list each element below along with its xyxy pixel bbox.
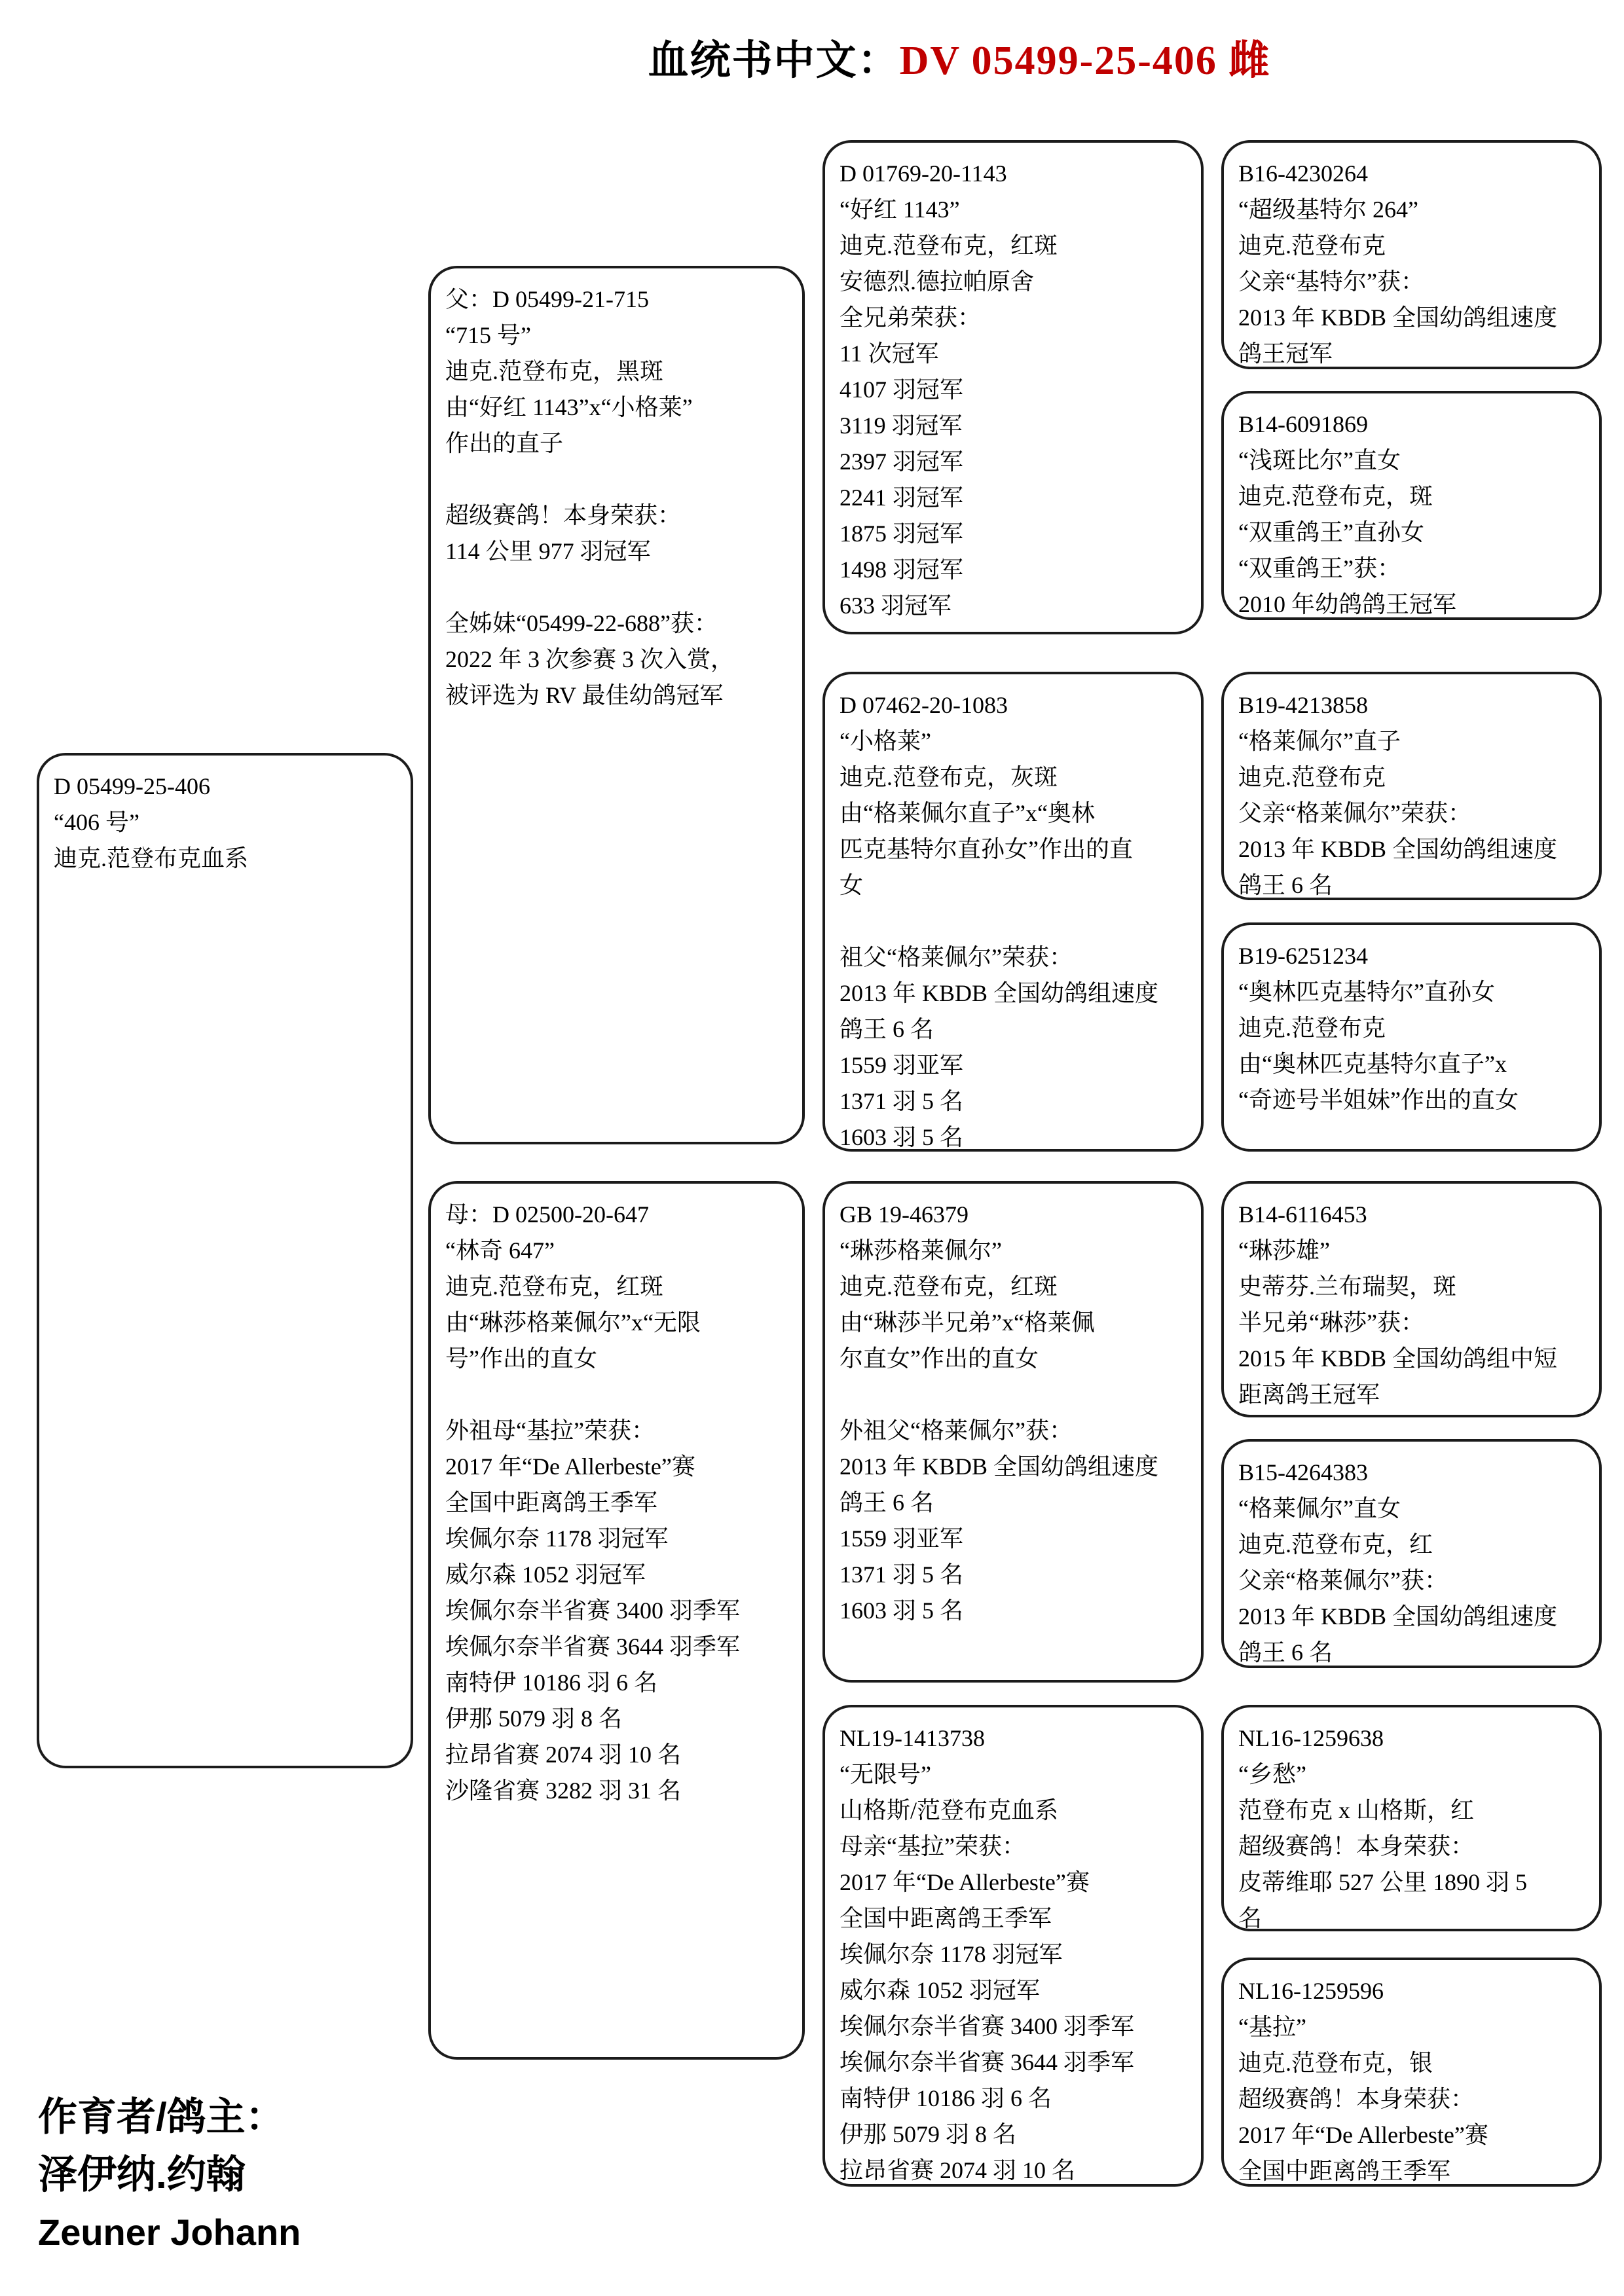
text-line: 距离鸽王冠军 bbox=[1238, 1377, 1589, 1413]
text-line: NL16-1259596 bbox=[1238, 1973, 1589, 2009]
text-line: 南特伊 10186 羽 6 名 bbox=[445, 1665, 792, 1701]
text-line: 迪克.范登布克，红 bbox=[1238, 1527, 1589, 1563]
text-line: 祖父“格莱佩尔”荣获： bbox=[840, 939, 1190, 975]
breeder-label: 作育者/鸽主： bbox=[38, 2088, 301, 2146]
text-line: 2013 年 KBDB 全国幼鸽组速度 bbox=[1238, 831, 1589, 867]
text-line: D 05499-25-406 bbox=[54, 769, 400, 805]
text-line: 迪克.范登布克，银 bbox=[1238, 2045, 1589, 2081]
text-line: 埃佩尔奈半省赛 3400 羽季军 bbox=[445, 1593, 792, 1629]
text-line: 名 bbox=[1238, 1901, 1589, 1937]
breeder-name-chinese: 泽伊纳.约翰 bbox=[38, 2146, 301, 2204]
text-line: 全国中距离鸽王季军 bbox=[1238, 2153, 1589, 2189]
text-line: “奇迹号半姐妹”作出的直女 bbox=[1238, 1082, 1589, 1118]
text-line: 鸽王 6 名 bbox=[840, 1485, 1190, 1521]
text-line: 2017 年“De Allerbeste”赛 bbox=[445, 1449, 792, 1485]
text-line: “无限号” bbox=[840, 1757, 1190, 1793]
text-line: B16-4230264 bbox=[1238, 156, 1589, 192]
title-prefix: 血统书中文： bbox=[648, 39, 900, 83]
box-great-grandparent-3: B19-4213858“格莱佩尔”直子迪克.范登布克父亲“格莱佩尔”荣获：201… bbox=[1221, 672, 1602, 900]
text-line: 外祖父“格莱佩尔”获： bbox=[840, 1413, 1190, 1449]
text-line: 伊那 5079 羽 8 名 bbox=[445, 1701, 792, 1737]
text-line: 号”作出的直女 bbox=[445, 1341, 792, 1377]
text-line: NL16-1259638 bbox=[1238, 1721, 1589, 1757]
text-line: 1371 羽 5 名 bbox=[840, 1557, 1190, 1593]
text-line: “奥林匹克基特尔”直孙女 bbox=[1238, 974, 1589, 1010]
box-great-grandparent-2: B14-6091869“浅斑比尔”直女迪克.范登布克，斑“双重鸽王”直孙女“双重… bbox=[1221, 391, 1602, 620]
text-line: 安德烈.德拉帕原舍 bbox=[840, 264, 1190, 300]
text-line: “双重鸽王”直孙女 bbox=[1238, 515, 1589, 551]
text-line: 母：D 02500-20-647 bbox=[445, 1197, 792, 1233]
text-line: 全兄弟荣获： bbox=[840, 300, 1190, 336]
text-line: GB 19-46379 bbox=[840, 1197, 1190, 1233]
title-ring-number: DV 05499-25-406 雌 bbox=[900, 39, 1271, 83]
text-line: 鸽王冠军 bbox=[1238, 336, 1589, 372]
text-line bbox=[840, 1377, 1190, 1413]
text-line: 史蒂芬.兰布瑞契，斑 bbox=[1238, 1269, 1589, 1305]
box-great-grandparent-8: NL16-1259596“基拉”迪克.范登布克，银超级赛鸽！本身荣获：2017 … bbox=[1221, 1958, 1602, 2187]
box-great-grandparent-6: B15-4264383“格莱佩尔”直女迪克.范登布克，红父亲“格莱佩尔”获：20… bbox=[1221, 1439, 1602, 1668]
text-line: 由“格莱佩尔直子”x“奥林 bbox=[840, 795, 1190, 831]
text-line: 超级赛鸽！本身荣获： bbox=[1238, 2081, 1589, 2117]
text-line: 2013 年 KBDB 全国幼鸽组速度 bbox=[1238, 1599, 1589, 1635]
text-line: 1875 羽冠军 bbox=[840, 516, 1190, 552]
text-line: 114 公里 977 羽冠军 bbox=[445, 534, 792, 570]
text-line: “超级基特尔 264” bbox=[1238, 192, 1589, 228]
text-line: 迪克.范登布克，红斑 bbox=[445, 1269, 792, 1305]
text-line: D 07462-20-1083 bbox=[840, 687, 1190, 723]
text-line: 山格斯/范登布克血系 bbox=[840, 1793, 1190, 1829]
box-great-grandparent-1: B16-4230264“超级基特尔 264”迪克.范登布克父亲“基特尔”获：20… bbox=[1221, 140, 1602, 369]
text-line: 2241 羽冠军 bbox=[840, 480, 1190, 516]
text-line: 作出的直子 bbox=[445, 426, 792, 462]
box-subject-pigeon: D 05499-25-406“406 号”迪克.范登布克血系 bbox=[37, 753, 413, 1768]
text-line: 半兄弟“琳莎”获： bbox=[1238, 1305, 1589, 1341]
text-line: 伊那 5079 羽 8 名 bbox=[840, 2117, 1190, 2153]
box-father: 父：D 05499-21-715“715 号”迪克.范登布克，黑斑由“好红 11… bbox=[428, 266, 805, 1144]
text-line bbox=[445, 462, 792, 498]
text-line: 父：D 05499-21-715 bbox=[445, 282, 792, 318]
text-line: 11 次冠军 bbox=[840, 336, 1190, 372]
text-line: “琳莎格莱佩尔” bbox=[840, 1233, 1190, 1269]
text-line: “浅斑比尔”直女 bbox=[1238, 443, 1589, 479]
text-line: “小格莱” bbox=[840, 723, 1190, 759]
text-line: 埃佩尔奈 1178 羽冠军 bbox=[840, 1937, 1190, 1973]
text-line bbox=[840, 903, 1190, 939]
text-line: 父亲“格莱佩尔”荣获： bbox=[1238, 795, 1589, 831]
text-line: 2022 年 3 次参赛 3 次入赏， bbox=[445, 642, 792, 678]
text-line: 威尔森 1052 羽冠军 bbox=[840, 1973, 1190, 2009]
box-great-grandparent-7: NL16-1259638“乡愁”范登布克 x 山格斯，红超级赛鸽！本身荣获：皮蒂… bbox=[1221, 1705, 1602, 1931]
text-line: NL19-1413738 bbox=[840, 1721, 1190, 1757]
text-line: 1603 羽 5 名 bbox=[840, 1120, 1190, 1156]
text-line: 拉昂省赛 2074 羽 10 名 bbox=[840, 2153, 1190, 2189]
text-line: 1603 羽 5 名 bbox=[840, 1593, 1190, 1629]
text-line: 父亲“格莱佩尔”获： bbox=[1238, 1563, 1589, 1599]
text-line bbox=[445, 1377, 792, 1413]
box-maternal-grandfather: GB 19-46379“琳莎格莱佩尔”迪克.范登布克，红斑由“琳莎半兄弟”x“格… bbox=[822, 1181, 1204, 1683]
text-line: 皮蒂维耶 527 公里 1890 羽 5 bbox=[1238, 1865, 1589, 1901]
text-line: 父亲“基特尔”获： bbox=[1238, 264, 1589, 300]
box-paternal-grandmother: D 07462-20-1083“小格莱”迪克.范登布克，灰斑由“格莱佩尔直子”x… bbox=[822, 672, 1204, 1152]
text-line: 迪克.范登布克，黑斑 bbox=[445, 354, 792, 390]
text-line bbox=[445, 570, 792, 606]
text-line: 超级赛鸽！本身荣获： bbox=[445, 498, 792, 534]
text-line: 南特伊 10186 羽 6 名 bbox=[840, 2081, 1190, 2117]
text-line: “基拉” bbox=[1238, 2009, 1589, 2045]
text-line: 3119 羽冠军 bbox=[840, 408, 1190, 444]
text-line: 1559 羽亚军 bbox=[840, 1521, 1190, 1557]
text-line: 全姊妹“05499-22-688”获： bbox=[445, 606, 792, 642]
box-great-grandparent-4: B19-6251234“奥林匹克基特尔”直孙女迪克.范登布克由“奥林匹克基特尔直… bbox=[1221, 922, 1602, 1152]
text-line: 633 羽冠军 bbox=[840, 588, 1190, 624]
text-line: “乡愁” bbox=[1238, 1757, 1589, 1793]
text-line: 拉昂省赛 2074 羽 10 名 bbox=[445, 1737, 792, 1773]
text-line: 全国中距离鸽王季军 bbox=[840, 1901, 1190, 1937]
text-line: 迪克.范登布克，红斑 bbox=[840, 1269, 1190, 1305]
text-line: 沙隆省赛 3282 羽 31 名 bbox=[445, 1773, 792, 1809]
text-line: 由“好红 1143”x“小格莱” bbox=[445, 390, 792, 426]
text-line: 迪克.范登布克，灰斑 bbox=[840, 759, 1190, 795]
text-line: 2397 羽冠军 bbox=[840, 444, 1190, 480]
text-line: 埃佩尔奈 1178 羽冠军 bbox=[445, 1521, 792, 1557]
text-line: “双重鸽王”获： bbox=[1238, 551, 1589, 587]
text-line: 2013 年 KBDB 全国幼鸽组速度 bbox=[1238, 300, 1589, 336]
text-line: 1498 羽冠军 bbox=[840, 552, 1190, 588]
text-line: D 01769-20-1143 bbox=[840, 156, 1190, 192]
text-line: 外祖母“基拉”荣获： bbox=[445, 1413, 792, 1449]
text-line: 2017 年“De Allerbeste”赛 bbox=[840, 1865, 1190, 1901]
text-line: 威尔森 1052 羽冠军 bbox=[445, 1557, 792, 1593]
text-line: “406 号” bbox=[54, 805, 400, 841]
text-line: “715 号” bbox=[445, 318, 792, 354]
text-line: 被评选为 RV 最佳幼鸽冠军 bbox=[445, 678, 792, 714]
text-line: 鸽王 6 名 bbox=[1238, 867, 1589, 903]
text-line: 匹克基特尔直孙女”作出的直 bbox=[840, 831, 1190, 867]
text-line: 1559 羽亚军 bbox=[840, 1048, 1190, 1084]
text-line: “林奇 647” bbox=[445, 1233, 792, 1269]
text-line: 迪克.范登布克，红斑 bbox=[840, 228, 1190, 264]
text-line: 鸽王 6 名 bbox=[1238, 1635, 1589, 1671]
box-mother: 母：D 02500-20-647“林奇 647”迪克.范登布克，红斑由“琳莎格莱… bbox=[428, 1181, 805, 2060]
text-line: 埃佩尔奈半省赛 3644 羽季军 bbox=[840, 2045, 1190, 2081]
text-line: 迪克.范登布克血系 bbox=[54, 841, 400, 877]
text-line: 2015 年 KBDB 全国幼鸽组中短 bbox=[1238, 1341, 1589, 1377]
text-line: 迪克.范登布克 bbox=[1238, 228, 1589, 264]
text-line: 埃佩尔奈半省赛 3400 羽季军 bbox=[840, 2009, 1190, 2045]
text-line: B19-6251234 bbox=[1238, 938, 1589, 974]
text-line: B15-4264383 bbox=[1238, 1455, 1589, 1491]
text-line: 女 bbox=[840, 867, 1190, 903]
box-paternal-grandfather: D 01769-20-1143“好红 1143”迪克.范登布克，红斑安德烈.德拉… bbox=[822, 140, 1204, 634]
text-line: 埃佩尔奈半省赛 3644 羽季军 bbox=[445, 1629, 792, 1665]
text-line: 迪克.范登布克，斑 bbox=[1238, 479, 1589, 515]
breeder-block: 作育者/鸽主： 泽伊纳.约翰 Zeuner Johann bbox=[38, 2088, 301, 2261]
text-line: 鸽王 6 名 bbox=[840, 1011, 1190, 1048]
page-title: 血统书中文：DV 05499-25-406 雌 bbox=[0, 27, 1624, 86]
text-line: “好红 1143” bbox=[840, 192, 1190, 228]
text-line: B14-6116453 bbox=[1238, 1197, 1589, 1233]
text-line: 母亲“基拉”荣获： bbox=[840, 1829, 1190, 1865]
text-line: 2017 年“De Allerbeste”赛 bbox=[1238, 2117, 1589, 2153]
text-line: B19-4213858 bbox=[1238, 687, 1589, 723]
text-line: 尔直女”作出的直女 bbox=[840, 1341, 1190, 1377]
text-line: 迪克.范登布克 bbox=[1238, 759, 1589, 795]
text-line: 由“琳莎半兄弟”x“格莱佩 bbox=[840, 1305, 1190, 1341]
text-line: 全国中距离鸽王季军 bbox=[445, 1485, 792, 1521]
text-line: “格莱佩尔”直女 bbox=[1238, 1491, 1589, 1527]
text-line: B14-6091869 bbox=[1238, 407, 1589, 443]
text-line: 超级赛鸽！本身荣获： bbox=[1238, 1829, 1589, 1865]
box-great-grandparent-5: B14-6116453“琳莎雄”史蒂芬.兰布瑞契，斑半兄弟“琳莎”获：2015 … bbox=[1221, 1181, 1602, 1417]
text-line: “琳莎雄” bbox=[1238, 1233, 1589, 1269]
box-maternal-grandmother: NL19-1413738“无限号”山格斯/范登布克血系母亲“基拉”荣获：2017… bbox=[822, 1705, 1204, 2187]
text-line: 4107 羽冠军 bbox=[840, 372, 1190, 408]
text-line: 2013 年 KBDB 全国幼鸽组速度 bbox=[840, 1449, 1190, 1485]
text-line: 由“奥林匹克基特尔直子”x bbox=[1238, 1046, 1589, 1082]
text-line: 1371 羽 5 名 bbox=[840, 1084, 1190, 1120]
text-line: 2013 年 KBDB 全国幼鸽组速度 bbox=[840, 975, 1190, 1011]
text-line: 由“琳莎格莱佩尔”x“无限 bbox=[445, 1305, 792, 1341]
text-line: “格莱佩尔”直子 bbox=[1238, 723, 1589, 759]
text-line: 2010 年幼鸽鸽王冠军 bbox=[1238, 587, 1589, 623]
pedigree-page: 血统书中文：DV 05499-25-406 雌 D 05499-25-406“4… bbox=[0, 0, 1624, 2296]
text-line: 迪克.范登布克 bbox=[1238, 1010, 1589, 1046]
text-line: 范登布克 x 山格斯，红 bbox=[1238, 1793, 1589, 1829]
breeder-name-english: Zeuner Johann bbox=[38, 2204, 301, 2261]
